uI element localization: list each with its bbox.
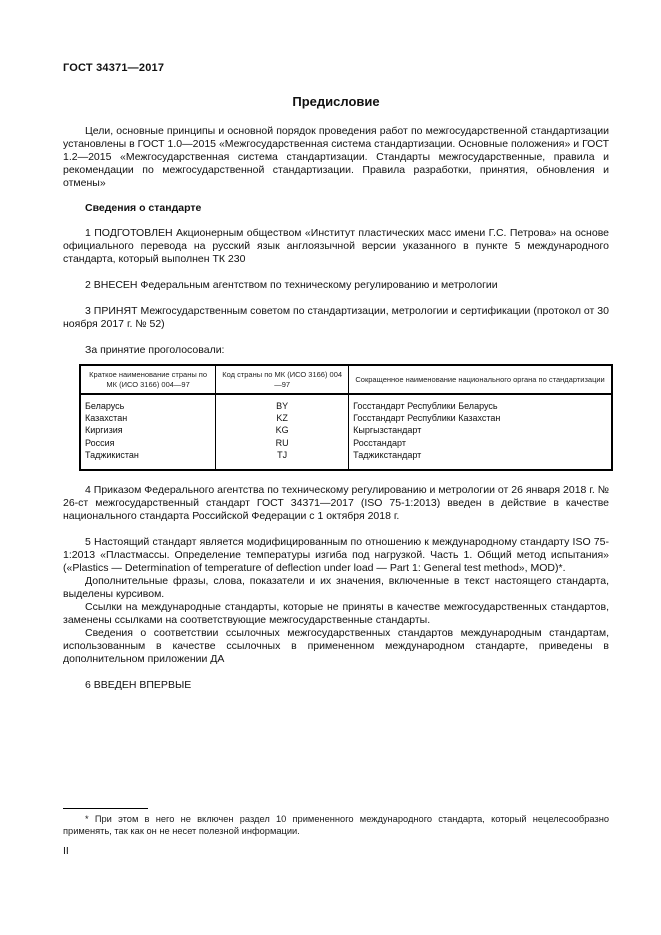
vote-table-wrapper: Краткое наименование страны по МК (ИСО 3… [79, 364, 613, 471]
column-header-org: Сокращенное наименование национального о… [349, 365, 612, 394]
code-cell: RU [220, 437, 344, 449]
item-3-adopted: 3 ПРИНЯТ Межгосударственным советом по с… [63, 305, 609, 331]
item-6-first-introduced: 6 ВВЕДЕН ВПЕРВЫЕ [63, 679, 609, 692]
org-cell: Росстандарт [353, 437, 607, 449]
org-cell: Госстандарт Республики Беларусь [353, 400, 607, 412]
item-5-note-references: Ссылки на международные стандарты, котор… [63, 601, 609, 627]
footnote-divider [63, 808, 148, 809]
org-cell: Кыргызстандарт [353, 424, 607, 436]
org-cell: Таджикстандарт [353, 449, 607, 461]
country-cell: Таджикистан [85, 449, 211, 461]
vote-intro-line: За принятие проголосовали: [63, 344, 609, 356]
item-5-note-appendix: Сведения о соответствии ссылочных межгос… [63, 627, 609, 666]
item-5-modified: 5 Настоящий стандарт является модифициро… [63, 536, 609, 575]
page-number: II [63, 845, 609, 857]
item-2-submitted: 2 ВНЕСЕН Федеральным агентством по техни… [63, 279, 609, 292]
item-5-note-italics: Дополнительные фразы, слова, показатели … [63, 575, 609, 601]
country-column: Беларусь Казахстан Киргизия Россия Таджи… [80, 394, 216, 470]
code-column: BY KZ KG RU TJ [216, 394, 349, 470]
item-4-order: 4 Приказом Федерального агентства по тех… [63, 484, 609, 523]
standard-number-header: ГОСТ 34371—2017 [63, 62, 609, 74]
code-cell: KZ [220, 412, 344, 424]
page-title: Предисловие [63, 94, 609, 109]
vote-table-body: Беларусь Казахстан Киргизия Россия Таджи… [80, 394, 612, 470]
code-cell: BY [220, 400, 344, 412]
code-cell: TJ [220, 449, 344, 461]
info-section-heading: Сведения о стандарте [63, 202, 609, 214]
vote-table-header-row: Краткое наименование страны по МК (ИСО 3… [80, 365, 612, 394]
page-content: ГОСТ 34371—2017 Предисловие Цели, основн… [63, 62, 609, 692]
vote-table-head: Краткое наименование страны по МК (ИСО 3… [80, 365, 612, 394]
vote-table-data-row: Беларусь Казахстан Киргизия Россия Таджи… [80, 394, 612, 470]
country-cell: Казахстан [85, 412, 211, 424]
vote-table: Краткое наименование страны по МК (ИСО 3… [79, 364, 613, 471]
country-cell: Беларусь [85, 400, 211, 412]
code-cell: KG [220, 424, 344, 436]
item-1-prepared: 1 ПОДГОТОВЛЕН Акционерным обществом «Инс… [63, 227, 609, 266]
org-column: Госстандарт Республики Беларусь Госстанд… [349, 394, 612, 470]
column-header-code: Код страны по МК (ИСО 3166) 004—97 [216, 365, 349, 394]
column-header-country: Краткое наименование страны по МК (ИСО 3… [80, 365, 216, 394]
footnote-text: * При этом в него не включен раздел 10 п… [63, 814, 609, 837]
org-cell: Госстандарт Республики Казахстан [353, 412, 607, 424]
intro-paragraph: Цели, основные принципы и основной поряд… [63, 125, 609, 190]
country-cell: Киргизия [85, 424, 211, 436]
page-footer: * При этом в него не включен раздел 10 п… [63, 808, 609, 857]
country-cell: Россия [85, 437, 211, 449]
document-page: ГОСТ 34371—2017 Предисловие Цели, основн… [0, 0, 661, 935]
